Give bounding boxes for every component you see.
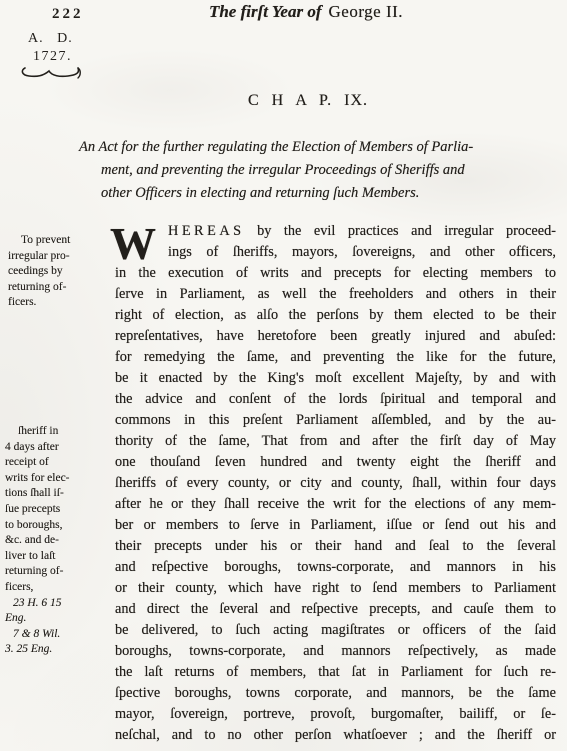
body-line-text: by the evil practices and irregular proc… <box>245 223 556 239</box>
margin-note-line: writs for elec- <box>5 471 108 487</box>
running-header: The firſt Year ofGeorge II. <box>138 2 474 22</box>
body-line: for remedying the ſame, and preventing t… <box>115 347 556 368</box>
body-line: commons in this preſent Parliament aſſem… <box>115 410 556 431</box>
statute-citation: 7 & 8 Wil. <box>5 627 108 643</box>
act-body-text: HEREAS by the evil practices and irregul… <box>115 221 556 746</box>
body-line: or their county, which have right to ſen… <box>115 578 556 599</box>
margin-note-line: ceedings by <box>8 264 111 280</box>
margin-note-line: to boroughs, <box>5 518 108 534</box>
body-line: after he or they ſhall receive the writ … <box>115 494 556 515</box>
statute-citation: Eng. <box>5 611 108 627</box>
body-line: be it enacted by the King's moſt excelle… <box>115 368 556 389</box>
body-line: the advice and conſent of the lords ſpir… <box>115 389 556 410</box>
date-era: A. D. <box>18 31 92 47</box>
margin-note-line: liver to laſt <box>5 549 108 565</box>
body-line: ber or members to ſerve in Parliament, i… <box>115 515 556 536</box>
margin-note-line: To prevent <box>8 233 111 249</box>
statute-citation: 23 H. 6 15 <box>5 596 108 612</box>
body-line: neſchal, and to no other perſon whatſoev… <box>115 725 556 746</box>
flourish-under-date-icon <box>20 66 84 80</box>
chapter-heading: C H A P. IX. <box>118 92 498 110</box>
body-line: ſpective boroughs, towns corporate, and … <box>115 683 556 704</box>
body-line: ſheriffs of every county, or city and co… <box>115 473 556 494</box>
page-number: 222 <box>52 6 84 23</box>
body-line: ings of ſheriffs, mayors, ſovereigns, an… <box>115 242 556 263</box>
body-line: their precepts under his or their hand a… <box>115 536 556 557</box>
opening-capitals: HEREAS <box>168 223 245 239</box>
margin-note-line: irregular pro- <box>8 249 111 265</box>
running-header-roman: George II. <box>329 2 404 21</box>
margin-note-sheriff: ſheriff in 4 days after receipt of writs… <box>5 424 108 658</box>
margin-note-line: ſue precepts <box>5 502 108 518</box>
margin-note-line: ſheriff in <box>5 424 108 440</box>
body-line: and direct the ſeveral and reſpective pr… <box>115 599 556 620</box>
act-title: An Act for the further regulating the El… <box>79 136 553 206</box>
margin-note-line: receipt of <box>5 455 108 471</box>
body-line: ſerve in Parliament, as well the freehol… <box>115 284 556 305</box>
date-year: 1727. <box>18 49 92 65</box>
margin-note-line: 4 days after <box>5 440 108 456</box>
body-line: the laſt returns of members, that ſat in… <box>115 662 556 683</box>
margin-note-line: ficers. <box>8 295 111 311</box>
margin-note-line: tions ſhall iſ- <box>5 486 108 502</box>
body-line: one thouſand ſeven hundred and twenty ei… <box>115 452 556 473</box>
body-line: HEREAS by the evil practices and irregul… <box>115 221 556 242</box>
act-title-line: An Act for the further regulating the El… <box>79 136 553 159</box>
margin-note-purpose: To prevent irregular pro- ceedings by re… <box>8 233 111 311</box>
body-line: repreſentatives, have heretofore been gr… <box>115 326 556 347</box>
act-title-line: ment, and preventing the irregular Proce… <box>79 159 553 182</box>
running-header-italic: The firſt Year of <box>209 2 322 21</box>
margin-note-line: &c. and de- <box>5 533 108 549</box>
body-line: mayor, ſovereign, portreve, provoſt, bur… <box>115 704 556 725</box>
body-line: be delivered, to ſuch acting magiſtrates… <box>115 620 556 641</box>
body-line: in the execution of writs and precepts f… <box>115 263 556 284</box>
act-title-line: other Officers in electing and returning… <box>79 182 553 205</box>
body-line: and reſpective boroughs, towns-corporate… <box>115 557 556 578</box>
book-page: 222 The firſt Year ofGeorge II. A. D. 17… <box>0 0 567 751</box>
statute-citation: 3. 25 Eng. <box>5 642 108 658</box>
margin-note-line: ficers, <box>5 580 108 596</box>
body-line: boroughs, towns-corporate, and mannors r… <box>115 641 556 662</box>
body-line: thority of the ſame, That from and after… <box>115 431 556 452</box>
margin-note-line: returning of- <box>5 564 108 580</box>
body-line: right of election, as alſo the perſons b… <box>115 305 556 326</box>
date-annotation: A. D. 1727. <box>18 31 92 80</box>
margin-note-line: returning of- <box>8 280 111 296</box>
